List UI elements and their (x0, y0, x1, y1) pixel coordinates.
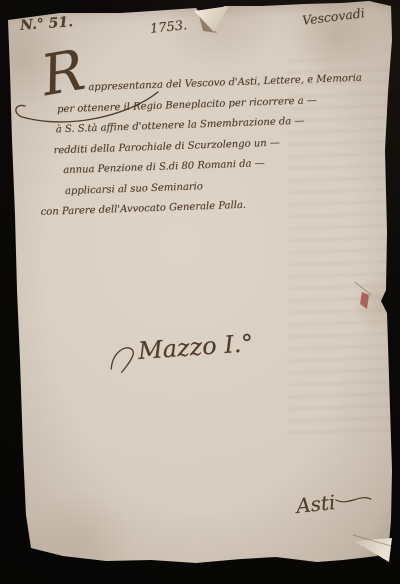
document-summary: appresentanza del Vescovo d'Asti, Letter… (36, 69, 366, 224)
signature-label: Asti (295, 490, 336, 518)
signature-flourish-icon (334, 489, 373, 509)
manuscript-scan: N.° 51. 1753. Vescovadi R appresentanza … (0, 0, 400, 584)
